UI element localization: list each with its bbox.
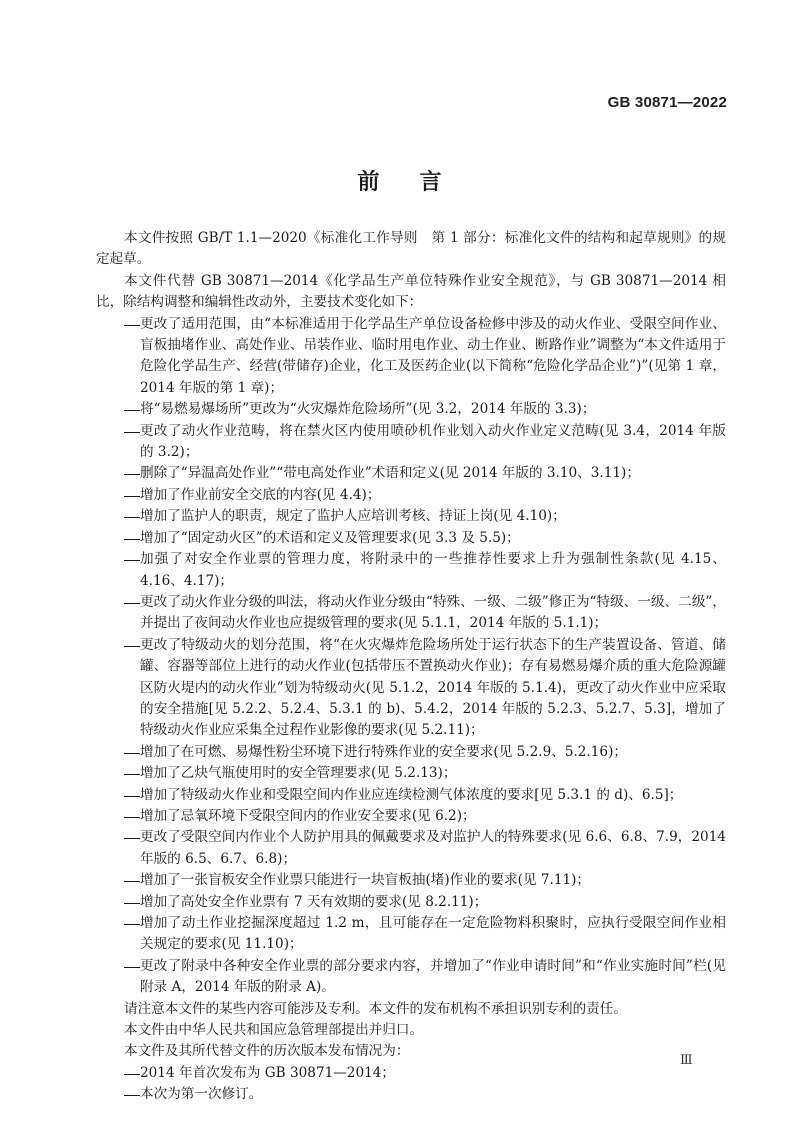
list-item: 更改了动火作业分级的叫法，将动火作业分级由“特殊、一级、二级”修正为“特级、一级… bbox=[96, 592, 726, 635]
page-title: 前言 bbox=[0, 165, 799, 196]
history-intro: 本文件及其所代替文件的历次版本发布情况为： bbox=[96, 1041, 726, 1062]
list-item: 增加了忌氧环境下受限空间内的作业安全要求(见 6.2)； bbox=[96, 806, 726, 827]
document-page: GB 30871—2022 前言 本文件按照 GB/T 1.1—2020《标准化… bbox=[0, 0, 799, 1130]
changes-list: 更改了适用范围，由“本标准适用于化学品生产单位设备检修中涉及的动火作业、受限空间… bbox=[96, 314, 726, 999]
list-item: 增加了作业前安全交底的内容(见 4.4)； bbox=[96, 485, 726, 506]
title-char-1: 前 bbox=[357, 165, 379, 196]
paragraph-drafting-rules: 本文件按照 GB/T 1.1—2020《标准化工作导则 第 1 部分：标准化文件… bbox=[96, 228, 726, 271]
list-item: 更改了特级动火的划分范围，将“在火灾爆炸危险场所处于运行状态下的生产装置设备、管… bbox=[96, 635, 726, 742]
standard-code: GB 30871—2022 bbox=[608, 94, 727, 111]
list-item: 更改了动火作业范畴，将在禁火区内使用喷砂机作业划入动火作业定义范畴(见 3.4，… bbox=[96, 421, 726, 464]
list-item: 更改了适用范围，由“本标准适用于化学品生产单位设备检修中涉及的动火作业、受限空间… bbox=[96, 314, 726, 400]
list-item: 增加了乙炔气瓶使用时的安全管理要求(见 5.2.13)； bbox=[96, 763, 726, 784]
list-item: 更改了受限空间内作业个人防护用具的佩戴要求及对监护人的特殊要求(见 6.6、6.… bbox=[96, 827, 726, 870]
foreword-body: 本文件按照 GB/T 1.1—2020《标准化工作导则 第 1 部分：标准化文件… bbox=[96, 228, 726, 1106]
history-list: 2014 年首次发布为 GB 30871—2014； 本次为第一次修订。 bbox=[96, 1063, 726, 1106]
title-char-2: 言 bbox=[420, 165, 442, 196]
list-item: 本次为第一次修订。 bbox=[96, 1084, 726, 1105]
proposer-statement: 本文件由中华人民共和国应急管理部提出并归口。 bbox=[96, 1020, 726, 1041]
list-item: 将“易燃易爆场所”更改为“火灾爆炸危险场所”(见 3.2，2014 年版的 3.… bbox=[96, 399, 726, 420]
list-item: 增加了动土作业挖掘深度超过 1.2 m，且可能存在一定危险物料积聚时，应执行受限… bbox=[96, 913, 726, 956]
list-item: 增加了一张盲板安全作业票只能进行一块盲板抽(堵)作业的要求(见 7.11)； bbox=[96, 870, 726, 891]
list-item: 增加了在可燃、易爆性粉尘环境下进行特殊作业的安全要求(见 5.2.9、5.2.1… bbox=[96, 742, 726, 763]
list-item: 2014 年首次发布为 GB 30871—2014； bbox=[96, 1063, 726, 1084]
list-item: 增加了“固定动火区”的术语和定义及管理要求(见 3.3 及 5.5)； bbox=[96, 528, 726, 549]
page-number: Ⅲ bbox=[680, 1053, 693, 1068]
patent-notice: 请注意本文件的某些内容可能涉及专利。本文件的发布机构不承担识别专利的责任。 bbox=[96, 999, 726, 1020]
list-item: 更改了附录中各种安全作业票的部分要求内容，并增加了“作业申请时间”和“作业实施时… bbox=[96, 956, 726, 999]
list-item: 删除了“异温高处作业”“带电高处作业”术语和定义(见 2014 年版的 3.10… bbox=[96, 463, 726, 484]
list-item: 加强了对安全作业票的管理力度，将附录中的一些推荐性要求上升为强制性条款(见 4.… bbox=[96, 549, 726, 592]
list-item: 增加了监护人的职责，规定了监护人应培训考核、持证上岗(见 4.10)； bbox=[96, 506, 726, 527]
list-item: 增加了特级动火作业和受限空间内作业应连续检测气体浓度的要求[见 5.3.1 的 … bbox=[96, 785, 726, 806]
list-item: 增加了高处安全作业票有 7 天有效期的要求(见 8.2.11)； bbox=[96, 892, 726, 913]
paragraph-replacement: 本文件代替 GB 30871—2014《化学品生产单位特殊作业安全规范》，与 G… bbox=[96, 271, 726, 314]
